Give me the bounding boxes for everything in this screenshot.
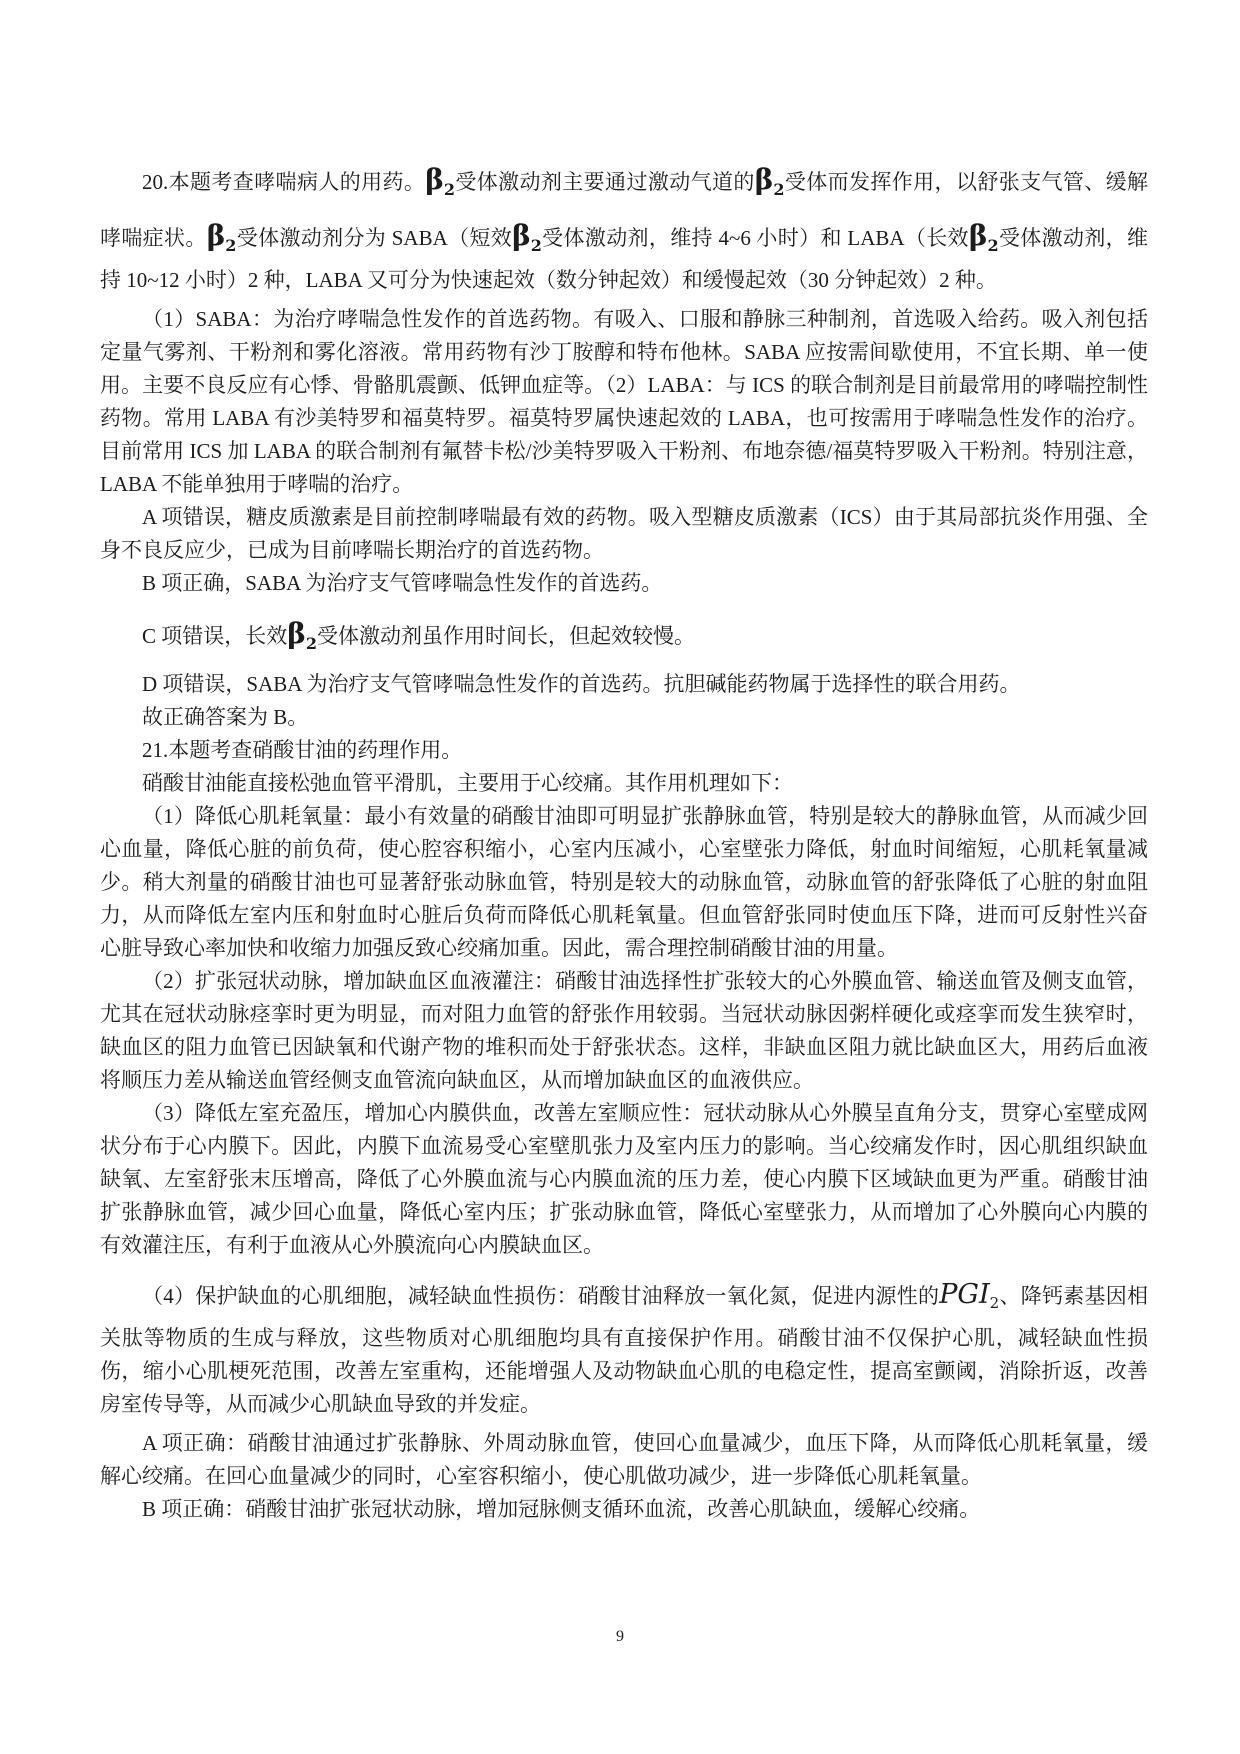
- paragraph-q21-lead: 硝酸甘油能直接松弛血管平滑肌，主要用于心绞痛。其作用机理如下：: [100, 767, 1148, 800]
- paragraph-q20-option-d: D 项错误，SABA 为治疗支气管哮喘急性发作的首选药。抗胆碱能药物属于选择性的…: [100, 668, 1148, 701]
- paragraph-q21-intro: 21.本题考查硝酸甘油的药理作用。: [100, 734, 1148, 767]
- pgi2-formula: PGI2: [939, 1279, 999, 1310]
- paragraph-q21-point2: （2）扩张冠状动脉，增加缺血区血液灌注：硝酸甘油选择性扩张较大的心外膜血管、输送…: [100, 965, 1148, 1097]
- beta2-formula: β2: [969, 219, 999, 252]
- pgi2-formula-subscript: 2: [990, 1294, 1000, 1312]
- beta2-formula: β2: [287, 617, 317, 650]
- paragraph-q21-option-b: B 项正确：硝酸甘油扩张冠状动脉，增加冠脉侧支循环血流，改善心肌缺血，缓解心绞痛…: [100, 1493, 1148, 1526]
- beta2-formula: β2: [425, 163, 455, 196]
- paragraph-q20-option-b: B 项正确，SABA 为治疗支气管哮喘急性发作的首选药。: [100, 567, 1148, 600]
- beta2-formula-subscript: 2: [987, 236, 998, 255]
- beta2-formula-subscript: 2: [531, 236, 542, 255]
- paragraph-q20-option-c: C 项错误，长效β2受体激动剂虽作用时间长，但起效较慢。: [100, 606, 1148, 662]
- beta2-formula: β2: [512, 219, 542, 252]
- beta2-formula-subscript: 2: [225, 236, 236, 255]
- beta2-formula-subscript: 2: [306, 634, 317, 653]
- paragraph-q21-point3: （3）降低左室充盈压，增加心内膜供血，改善左室顺应性：冠状动脉从心外膜呈直角分支…: [100, 1097, 1148, 1262]
- beta2-formula-subscript: 2: [444, 180, 455, 199]
- document-body: 20.本题考查哮喘病人的用药。β2受体激动剂主要通过激动气道的β2受体而发挥作用…: [100, 146, 1148, 1526]
- beta2-formula-subscript: 2: [773, 180, 784, 199]
- paragraph-q21-point1: （1）降低心肌耗氧量：最小有效量的硝酸甘油即可明显扩张静脉血管，特别是较大的静脉…: [100, 800, 1148, 965]
- beta2-formula: β2: [755, 163, 785, 196]
- paragraph-q20-answer: 故正确答案为 B。: [100, 701, 1148, 734]
- paragraph-q20-option-a: A 项错误，糖皮质激素是目前控制哮喘最有效的药物。吸入型糖皮质激素（ICS）由于…: [100, 501, 1148, 567]
- document-page: 20.本题考查哮喘病人的用药。β2受体激动剂主要通过激动气道的β2受体而发挥作用…: [0, 0, 1240, 1754]
- paragraph-q20-intro: 20.本题考查哮喘病人的用药。β2受体激动剂主要通过激动气道的β2受体而发挥作用…: [100, 152, 1148, 297]
- page-number: 9: [0, 1628, 1240, 1646]
- paragraph-q20-body: （1）SABA：为治疗哮喘急性发作的首选药物。有吸入、口服和静脉三种制剂，首选吸…: [100, 303, 1148, 501]
- paragraph-q21-option-a: A 项正确：硝酸甘油通过扩张静脉、外周动脉血管，使回心血量减少，血压下降，从而降…: [100, 1427, 1148, 1493]
- paragraph-q21-point4: （4）保护缺血的心肌细胞，减轻缺血性损伤：硝酸甘油释放一氧化氮，促进内源性的PG…: [100, 1268, 1148, 1421]
- beta2-formula: β2: [207, 219, 237, 252]
